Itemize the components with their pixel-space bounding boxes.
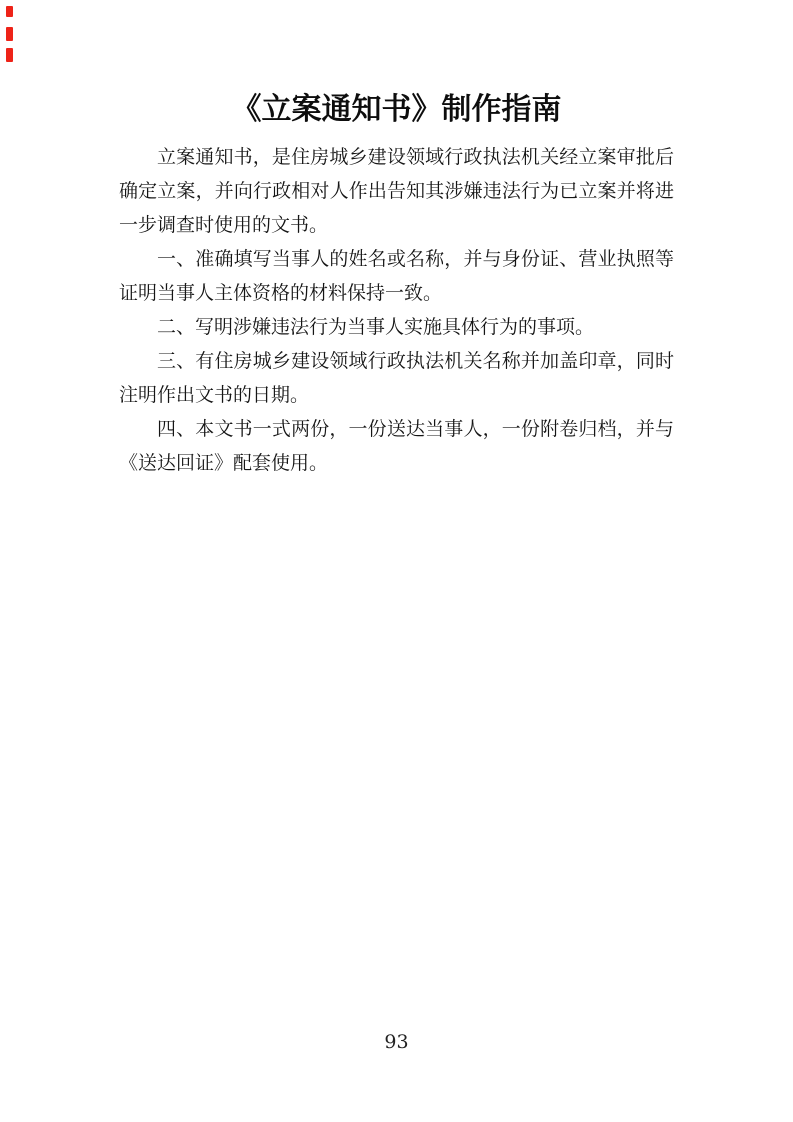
red-edge-mark (6, 48, 13, 62)
red-edge-mark (6, 6, 13, 17)
paragraph-item-1: 一、准确填写当事人的姓名或名称，并与身份证、营业执照等证明当事人主体资格的材料保… (119, 242, 674, 310)
red-edge-mark (6, 27, 13, 41)
document-body: 立案通知书，是住房城乡建设领域行政执法机关经立案审批后确定立案，并向行政相对人作… (119, 140, 674, 480)
document-title: 《立案通知书》制作指南 (119, 86, 674, 133)
paragraph-item-2: 二、写明涉嫌违法行为当事人实施具体行为的事项。 (119, 310, 674, 344)
document-content: 《立案通知书》制作指南 立案通知书，是住房城乡建设领域行政执法机关经立案审批后确… (119, 86, 674, 480)
paragraph-intro: 立案通知书，是住房城乡建设领域行政执法机关经立案审批后确定立案，并向行政相对人作… (119, 140, 674, 242)
paragraph-item-4: 四、本文书一式两份，一份送达当事人，一份附卷归档，并与《送达回证》配套使用。 (119, 412, 674, 480)
paragraph-item-3: 三、有住房城乡建设领域行政执法机关名称并加盖印章，同时注明作出文书的日期。 (119, 344, 674, 412)
document-page: 《立案通知书》制作指南 立案通知书，是住房城乡建设领域行政执法机关经立案审批后确… (0, 0, 793, 1122)
page-number: 93 (0, 1030, 793, 1054)
